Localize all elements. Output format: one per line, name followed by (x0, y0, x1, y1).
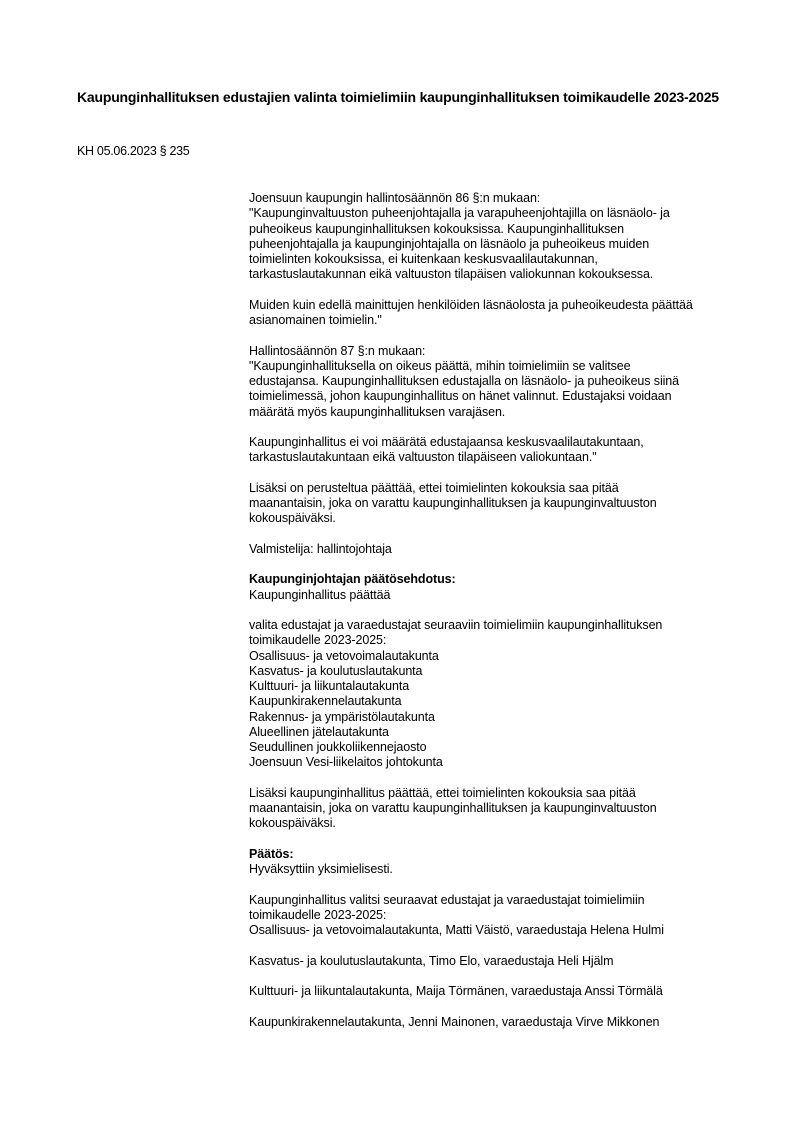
list-item: Seudullinen joukkoliikennejaosto (249, 740, 739, 755)
text-line: tarkastuslautakuntaan eikä valtuuston ti… (249, 450, 739, 465)
text-line: toimielinten kokouksissa, ei kuitenkaan … (249, 252, 739, 267)
proposal-heading: Kaupunginjohtajan päätösehdotus: (249, 572, 739, 587)
representative-entry: Kaupunkirakennelautakunta, Jenni Mainone… (249, 1015, 739, 1030)
text-line: toimielimessä, johon kaupunginhallitus o… (249, 389, 739, 404)
text-line: Joensuun kaupungin hallintosäännön 86 §:… (249, 191, 739, 206)
text-line: puheenjohtajalla ja kaupunginjohtajalla … (249, 237, 739, 252)
text-line: Lisäksi on perusteltua päättää, ettei to… (249, 481, 739, 496)
list-item: Kasvatus- ja koulutuslautakunta (249, 664, 739, 679)
paragraph-hallintosaanto-87: Hallintosäännön 87 §:n mukaan: "Kaupungi… (249, 344, 739, 420)
text-line: tarkastuslautakunnan eikä valtuuston til… (249, 267, 739, 282)
decision-heading: Päätös: (249, 847, 739, 862)
paragraph-monday-meetings: Lisäksi on perusteltua päättää, ettei to… (249, 481, 739, 527)
document-title: Kaupunginhallituksen edustajien valinta … (77, 88, 747, 107)
text-line: valita edustajat ja varaedustajat seuraa… (249, 618, 739, 633)
text-line: maanantaisin, joka on varattu kaupunginh… (249, 496, 739, 511)
proposal-section: Kaupunginjohtajan päätösehdotus: Kaupung… (249, 572, 739, 603)
list-item: Rakennus- ja ympäristölautakunta (249, 710, 739, 725)
text-line: kokouspäiväksi. (249, 511, 739, 526)
paragraph-restrictions: Kaupunginhallitus ei voi määrätä edustaj… (249, 435, 739, 466)
text-line: Kaupunginhallitus ei voi määrätä edustaj… (249, 435, 739, 450)
text-line: Hallintosäännön 87 §:n mukaan: (249, 344, 739, 359)
text-line: toimikaudelle 2023-2025: (249, 633, 739, 648)
proposal-bodies: valita edustajat ja varaedustajat seuraa… (249, 618, 739, 771)
preparer: Valmistelija: hallintojohtaja (249, 542, 739, 557)
text-line: asianomainen toimielin." (249, 313, 739, 328)
paragraph-hallintosaanto-86: Joensuun kaupungin hallintosäännön 86 §:… (249, 191, 739, 283)
list-item: Joensuun Vesi-liikelaitos johtokunta (249, 755, 739, 770)
text-line: edustajansa. Kaupunginhallituksen edusta… (249, 374, 739, 389)
list-item: Kaupunkirakennelautakunta (249, 694, 739, 709)
representative-entry: Kasvatus- ja koulutuslautakunta, Timo El… (249, 954, 739, 969)
paragraph-other-persons: Muiden kuin edellä mainittujen henkilöid… (249, 298, 739, 329)
document-body: Joensuun kaupungin hallintosäännön 86 §:… (249, 191, 739, 1045)
body-list: Osallisuus- ja vetovoimalautakunta Kasva… (249, 649, 739, 771)
decision-result: Hyväksyttiin yksimielisesti. (249, 862, 739, 877)
representative-entry: Osallisuus- ja vetovoimalautakunta, Matt… (249, 923, 739, 938)
text-line: Kaupunginhallitus valitsi seuraavat edus… (249, 893, 739, 908)
text-line: puheoikeus kaupunginhallituksen kokouksi… (249, 222, 739, 237)
text-line: "Kaupunginvaltuuston puheenjohtajalla ja… (249, 206, 739, 221)
list-item: Alueellinen jätelautakunta (249, 725, 739, 740)
list-item: Osallisuus- ja vetovoimalautakunta (249, 649, 739, 664)
text-line: määrätä myös kaupunginhallituksen varajä… (249, 405, 739, 420)
list-item: Kulttuuri- ja liikuntalautakunta (249, 679, 739, 694)
text-line: Muiden kuin edellä mainittujen henkilöid… (249, 298, 739, 313)
meeting-reference: KH 05.06.2023 § 235 (77, 144, 189, 159)
text-line: "Kaupunginhallituksella on oikeus päättä… (249, 359, 739, 374)
decision-representatives: Kaupunginhallitus valitsi seuraavat edus… (249, 893, 739, 1030)
proposal-extra: Lisäksi kaupunginhallitus päättää, ettei… (249, 786, 739, 832)
text-line: toimikaudelle 2023-2025: (249, 908, 739, 923)
text-line: Lisäksi kaupunginhallitus päättää, ettei… (249, 786, 739, 801)
representative-entry: Kulttuuri- ja liikuntalautakunta, Maija … (249, 984, 739, 999)
decision-section: Päätös: Hyväksyttiin yksimielisesti. (249, 847, 739, 878)
text-line: kokouspäiväksi. (249, 816, 739, 831)
proposal-intro: Kaupunginhallitus päättää (249, 588, 739, 603)
text-line: maanantaisin, joka on varattu kaupunginh… (249, 801, 739, 816)
